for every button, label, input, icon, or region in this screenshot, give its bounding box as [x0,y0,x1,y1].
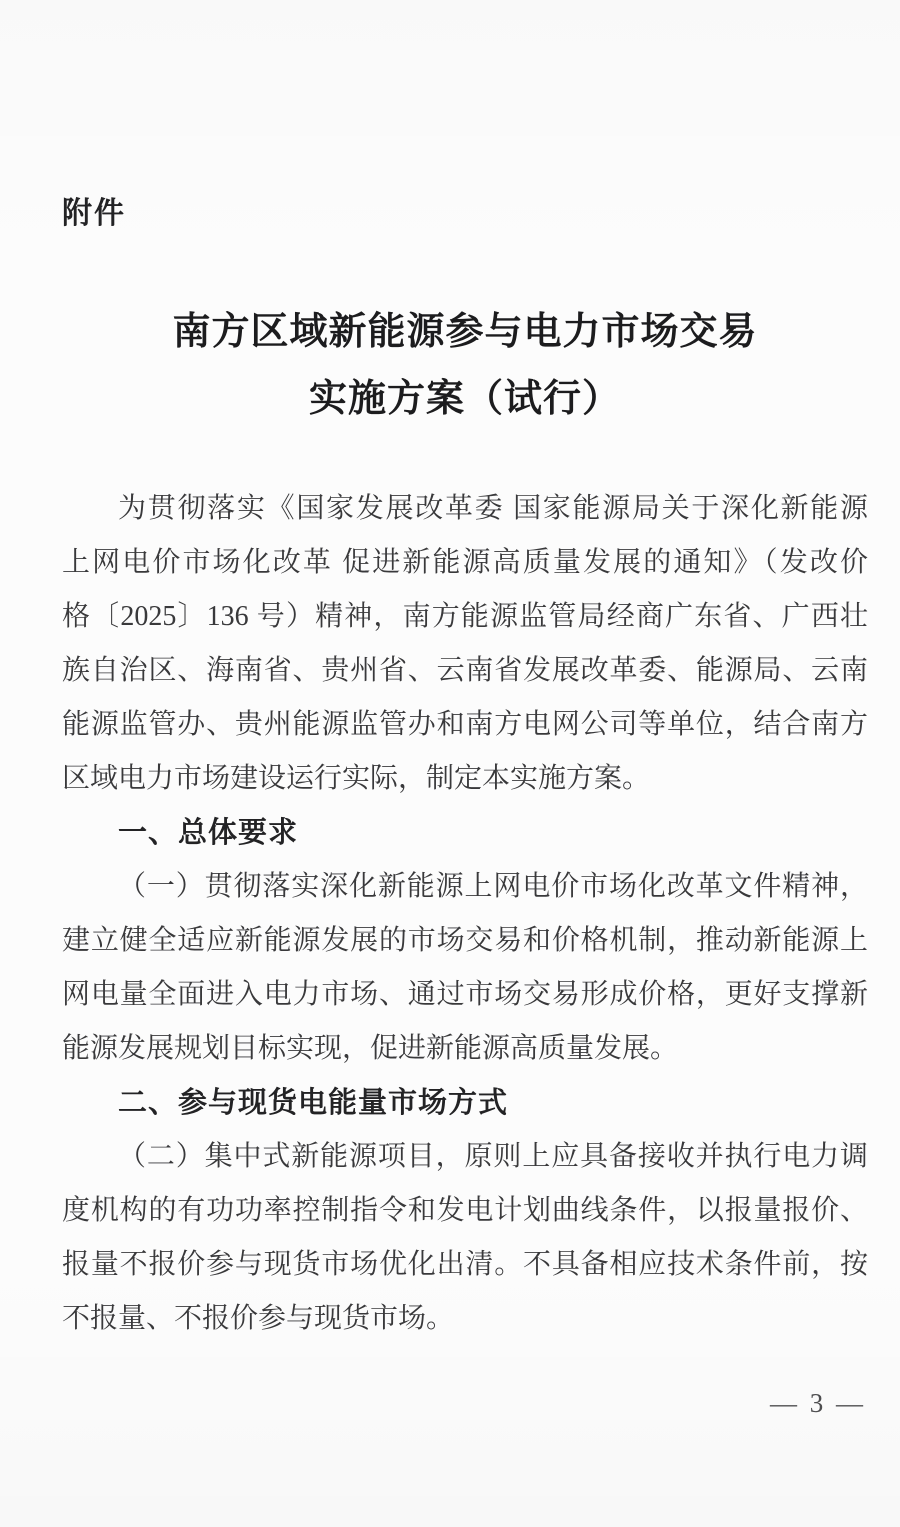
text-line: 能源监管办、贵州能源监管办和南方电网公司等单位，结合南方 [62,698,868,752]
text-line: 能源发展规划目标实现，促进新能源高质量发展。 [62,1022,868,1076]
text-line: 网电量全面进入电力市场、通过市场交易形成价格，更好支撑新 [62,968,868,1022]
text-line: （一）贯彻落实深化新能源上网电价市场化改革文件精神， [62,860,868,914]
text-line: 区域电力市场建设运行实际，制定本实施方案。 [62,752,868,806]
text-line: 上网电价市场化改革 促进新能源高质量发展的通知》（发改价 [62,536,868,590]
text-line: 格〔2025〕136 号）精神，南方能源监管局经商广东省、广西壮 [62,590,868,644]
document-title: 南方区域新能源参与电力市场交易 实施方案（试行） [62,299,868,433]
document-page: 附件 南方区域新能源参与电力市场交易 实施方案（试行） 为贯彻落实《国家发展改革… [0,0,900,1527]
text-line: 报量不报价参与现货市场优化出清。不具备相应技术条件前，按 [62,1238,868,1292]
paragraph: （二）集中式新能源项目，原则上应具备接收并执行电力调度机构的有功功率控制指令和发… [62,1130,868,1346]
paragraph: （一）贯彻落实深化新能源上网电价市场化改革文件精神，建立健全适应新能源发展的市场… [62,860,868,1076]
section-heading: 二、参与现货电能量市场方式 [62,1076,868,1130]
title-line-2: 实施方案（试行） [62,366,868,433]
text-line: 建立健全适应新能源发展的市场交易和价格机制，推动新能源上 [62,914,868,968]
text-line: 不报量、不报价参与现货市场。 [62,1292,868,1346]
document-body: 为贯彻落实《国家发展改革委 国家能源局关于深化新能源上网电价市场化改革 促进新能… [62,482,868,1346]
text-line: 一、总体要求 [62,806,868,860]
text-line: 二、参与现货电能量市场方式 [62,1076,868,1130]
attachment-label: 附件 [62,196,126,232]
text-line: 族自治区、海南省、贵州省、云南省发展改革委、能源局、云南 [62,644,868,698]
page-number: — 3 — [770,1388,866,1419]
text-line: 度机构的有功功率控制指令和发电计划曲线条件，以报量报价、 [62,1184,868,1238]
text-line: （二）集中式新能源项目，原则上应具备接收并执行电力调 [62,1130,868,1184]
text-line: 为贯彻落实《国家发展改革委 国家能源局关于深化新能源 [62,482,868,536]
section-heading: 一、总体要求 [62,806,868,860]
title-line-1: 南方区域新能源参与电力市场交易 [62,299,868,366]
paragraph: 为贯彻落实《国家发展改革委 国家能源局关于深化新能源上网电价市场化改革 促进新能… [62,482,868,806]
